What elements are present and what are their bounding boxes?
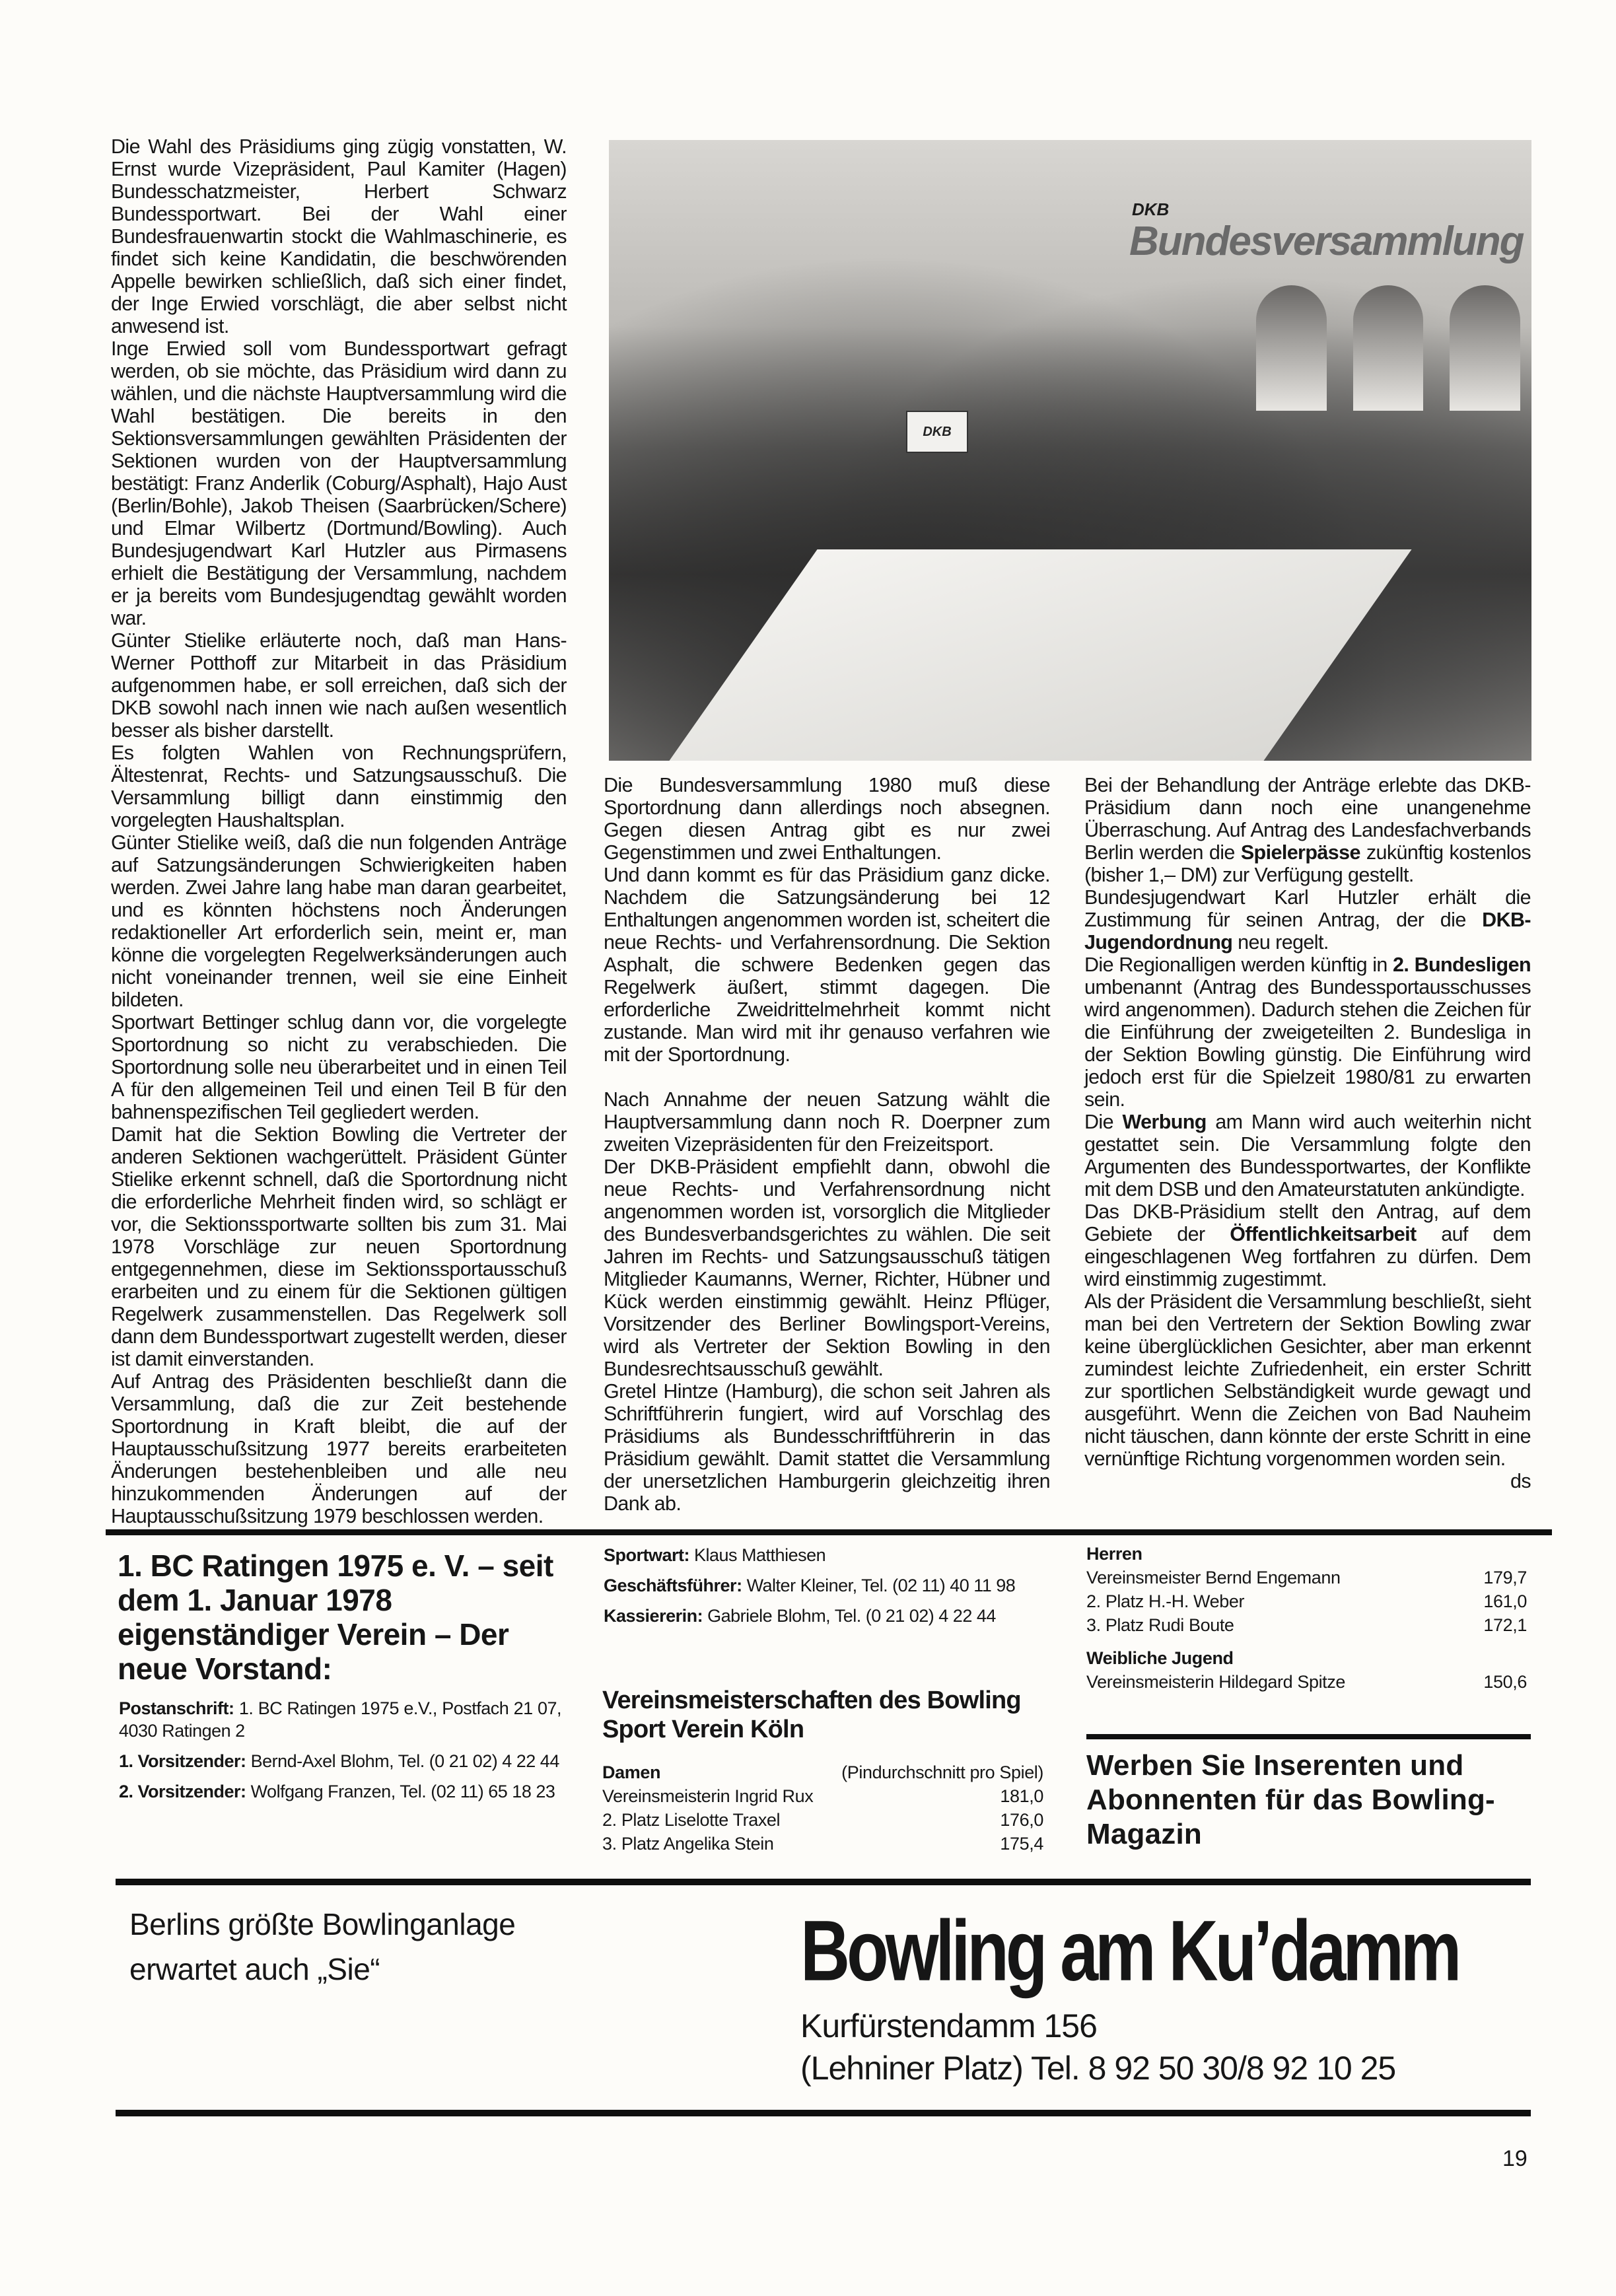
article-paragraph: Inge Erwied soll vom Bundessportwart gef… xyxy=(111,337,567,629)
result-row: 3. Platz Angelika Stein175,4 xyxy=(602,1832,1043,1856)
ad-border-bottom xyxy=(116,2110,1531,2116)
article-paragraph: Auf Antrag des Präsidenten beschließt da… xyxy=(111,1370,567,1527)
result-row: Vereinsmeisterin Ingrid Rux181,0 xyxy=(602,1784,1043,1808)
ad-brand-name: Bowling am Ku’damm xyxy=(800,1902,1533,2001)
result-row: 2. Platz H.-H. Weber161,0 xyxy=(1086,1589,1527,1613)
article-paragraph: Als der Präsident die Versammlung beschl… xyxy=(1084,1290,1531,1470)
article-column-left: Die Wahl des Präsidiums ging zügig vonst… xyxy=(111,135,567,1527)
results-damen: Damen (Pindurchschnitt pro Spiel) Verein… xyxy=(602,1760,1043,1856)
ad-tagline: Berlins größte Bowlinganlage erwartet au… xyxy=(129,1902,631,1992)
club-board-left: Postanschrift: 1. BC Ratingen 1975 e.V.,… xyxy=(119,1697,561,1811)
photo-banner-logo: DKB xyxy=(1132,199,1169,220)
article-paragraph: Nach Annahme der neuen Satzung wählt die… xyxy=(604,1088,1050,1156)
article-paragraph: Die Regionalligen werden künftig in 2. B… xyxy=(1084,954,1531,1111)
result-row: Vereinsmeisterin Hildegard Spitze150,6 xyxy=(1086,1670,1527,1694)
results-header: Weibliche Jugend xyxy=(1086,1646,1527,1670)
page-number: 19 xyxy=(1502,2146,1528,2172)
emphasis: Öffentlichkeitsarbeit xyxy=(1230,1223,1416,1245)
club-entry: Sportwart: Klaus Matthiesen xyxy=(604,1544,1050,1566)
section-divider xyxy=(106,1529,1552,1535)
section-divider xyxy=(1086,1734,1531,1739)
result-row: 2. Platz Liselotte Traxel176,0 xyxy=(602,1808,1043,1832)
article-paragraph: Günter Stielike weiß, daß die nun folgen… xyxy=(111,831,567,1011)
club-entry: Geschäftsführer: Walter Kleiner, Tel. (0… xyxy=(604,1574,1050,1597)
article-paragraph: Die Wahl des Präsidiums ging zügig vonst… xyxy=(111,135,567,337)
article-paragraph: Das DKB-Präsidium stellt den Antrag, auf… xyxy=(1084,1200,1531,1290)
result-row: 3. Platz Rudi Boute172,1 xyxy=(1086,1613,1527,1637)
article-paragraph: Sportwart Bettinger schlug dann vor, die… xyxy=(111,1011,567,1123)
emphasis: Werbung xyxy=(1122,1111,1206,1133)
results-header: Herren xyxy=(1086,1542,1527,1566)
club-entry: Postanschrift: 1. BC Ratingen 1975 e.V.,… xyxy=(119,1697,561,1742)
photo-banner: Bundesversammlung xyxy=(1129,218,1524,265)
author-signature: ds xyxy=(1084,1470,1531,1492)
results-herren-jugend: Herren Vereinsmeister Bernd Engemann179,… xyxy=(1086,1542,1527,1694)
photo-podium: DKB xyxy=(906,411,968,453)
result-row: Vereinsmeister Bernd Engemann179,7 xyxy=(1086,1566,1527,1589)
ad-border-top xyxy=(116,1879,1531,1885)
club-entry: Kassiererin: Gabriele Blohm, Tel. (0 21 … xyxy=(604,1605,1050,1627)
article-paragraph: Es folgten Wahlen von Rechnungsprüfern, … xyxy=(111,742,567,831)
article-paragraph: Günter Stielike erläuterte noch, daß man… xyxy=(111,629,567,742)
article-column-middle: Die Bundesversammlung 1980 muß diese Spo… xyxy=(604,774,1050,1515)
assembly-photo: DKB DKB Bundesversammlung xyxy=(609,140,1531,761)
promo-callout: Werben Sie Inserenten und Abonnenten für… xyxy=(1086,1749,1535,1852)
ad-address: Kurfürstendamm 156 (Lehniner Platz) Tel.… xyxy=(800,2005,1533,2089)
article-column-right: Bei der Behandlung der Anträge erlebte d… xyxy=(1084,774,1531,1492)
article-paragraph: Der DKB-Präsident empfiehlt dann, obwohl… xyxy=(604,1156,1050,1380)
article-paragraph: Und dann kommt es für das Präsidium ganz… xyxy=(604,864,1050,1066)
results-header: Damen (Pindurchschnitt pro Spiel) xyxy=(602,1760,1043,1784)
arch-window xyxy=(1353,285,1424,411)
emphasis: Spielerpässe xyxy=(1241,841,1360,864)
arch-window xyxy=(1256,285,1327,411)
arch-window xyxy=(1450,285,1520,411)
club-entry: 1. Vorsitzender: Bernd-Axel Blohm, Tel. … xyxy=(119,1750,561,1772)
article-paragraph: Bundesjugendwart Karl Hutzler erhält die… xyxy=(1084,886,1531,954)
article-paragraph: Damit hat die Sektion Bowling die Vertre… xyxy=(111,1123,567,1370)
article-paragraph: Gretel Hintze (Hamburg), die schon seit … xyxy=(604,1380,1050,1515)
photo-table xyxy=(664,549,1411,761)
club-heading: 1. BC Ratingen 1975 e. V. – seit dem 1. … xyxy=(118,1548,580,1686)
article-paragraph: Die Bundesversammlung 1980 muß diese Spo… xyxy=(604,774,1050,864)
article-paragraph: Bei der Behandlung der Anträge erlebte d… xyxy=(1084,774,1531,886)
photo-arches xyxy=(1256,285,1520,411)
championship-heading: Vereinsmeisterschaften des Bowling Sport… xyxy=(602,1686,1058,1744)
club-entry: 2. Vorsitzender: Wolfgang Franzen, Tel. … xyxy=(119,1780,561,1803)
club-board-middle: Sportwart: Klaus Matthiesen Geschäftsfüh… xyxy=(604,1544,1050,1635)
emphasis: 2. Bundesligen xyxy=(1393,954,1531,976)
article-paragraph: Die Werbung am Mann wird auch weiterhin … xyxy=(1084,1111,1531,1200)
